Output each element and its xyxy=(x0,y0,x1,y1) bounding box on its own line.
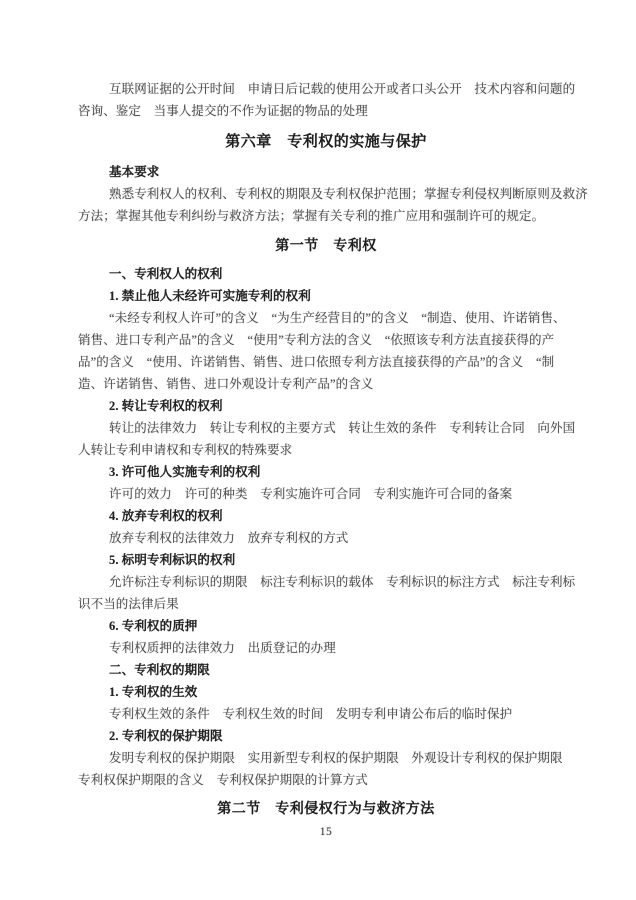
part-1-item-5-line: 识不当的法律后果 xyxy=(78,593,574,615)
part-1-item-4-line: 放弃专利权的法律效力 放弃专利权的方式 xyxy=(78,527,574,549)
document-page: 互联网证据的公开时间 申请日后记载的使用公开或者口头公开 技术内容和问题的 咨询… xyxy=(0,0,636,900)
basic-requirements-heading: 基本要求 xyxy=(78,161,574,183)
part-1-item-6-line: 专利权质押的法律效力 出质登记的办理 xyxy=(78,637,574,659)
part-1-item-1-line: 造、许诺销售、销售、进口外观设计专利产品”的含义 xyxy=(78,373,574,395)
part-1-item-1-line: “未经专利权人许可”的含义 “为生产经营目的”的含义 “制造、使用、许诺销售、 xyxy=(78,307,574,329)
continued-paragraph-line: 互联网证据的公开时间 申请日后记载的使用公开或者口头公开 技术内容和问题的 xyxy=(78,78,574,100)
basic-requirements-line: 熟悉专利权人的权利、专利权的期限及专利权保护范围；掌握专利侵权判断原则及救济 xyxy=(78,183,574,205)
basic-requirements-line: 方法；掌握其他专利纠纷与救济方法；掌握有关专利的推广应用和强制许可的规定。 xyxy=(78,205,574,227)
part-2-item-1-heading: 1. 专利权的生效 xyxy=(78,681,574,703)
part-1-item-5-heading: 5. 标明专利标识的权利 xyxy=(78,549,574,571)
part-1-item-1-line: 销售、进口专利产品”的含义 “使用”专利方法的含义 “依照该专利方法直接获得的产 xyxy=(78,329,574,351)
section-2-title: 第二节 专利侵权行为与救济方法 xyxy=(78,799,574,821)
part-1-item-2-line: 转让的法律效力 转让专利权的主要方式 转让生效的条件 专利转让合同 向外国 xyxy=(78,417,574,439)
part-2-item-2-line: 专利权保护期限的含义 专利权保护期限的计算方式 xyxy=(78,769,574,791)
part-1-item-1-heading: 1. 禁止他人未经许可实施专利的权利 xyxy=(78,285,574,307)
part-1-item-3-heading: 3. 许可他人实施专利的权利 xyxy=(78,461,574,483)
part-2-item-2-heading: 2. 专利权的保护期限 xyxy=(78,725,574,747)
page-number: 15 xyxy=(78,821,574,843)
part-1-item-6-heading: 6. 专利权的质押 xyxy=(78,615,574,637)
part-1-item-2-heading: 2. 转让专利权的权利 xyxy=(78,395,574,417)
part-1-item-3-line: 许可的效力 许可的种类 专利实施许可合同 专利实施许可合同的备案 xyxy=(78,483,574,505)
part-2-item-1-line: 专利权生效的条件 专利权生效的时间 发明专利申请公布后的临时保护 xyxy=(78,703,574,725)
section-1-title: 第一节 专利权 xyxy=(78,236,574,258)
part-1-item-1-line: 品”的含义 “使用、许诺销售、销售、进口依照专利方法直接获得的产品”的含义 “制 xyxy=(78,351,574,373)
chapter-title: 第六章 专利权的实施与保护 xyxy=(78,130,574,154)
part-2-item-2-line: 发明专利权的保护期限 实用新型专利权的保护期限 外观设计专利权的保护期限 xyxy=(78,747,574,769)
part-1-item-2-line: 人转让专利申请权和专利权的特殊要求 xyxy=(78,439,574,461)
continued-paragraph-line: 咨询、鉴定 当事人提交的不作为证据的物品的处理 xyxy=(78,100,574,122)
part-1-item-5-line: 允许标注专利标识的期限 标注专利标识的载体 专利标识的标注方式 标注专利标 xyxy=(78,571,574,593)
part-2-heading: 二、专利权的期限 xyxy=(78,659,574,681)
part-1-heading: 一、专利权人的权利 xyxy=(78,263,574,285)
part-1-item-4-heading: 4. 放弃专利权的权利 xyxy=(78,505,574,527)
